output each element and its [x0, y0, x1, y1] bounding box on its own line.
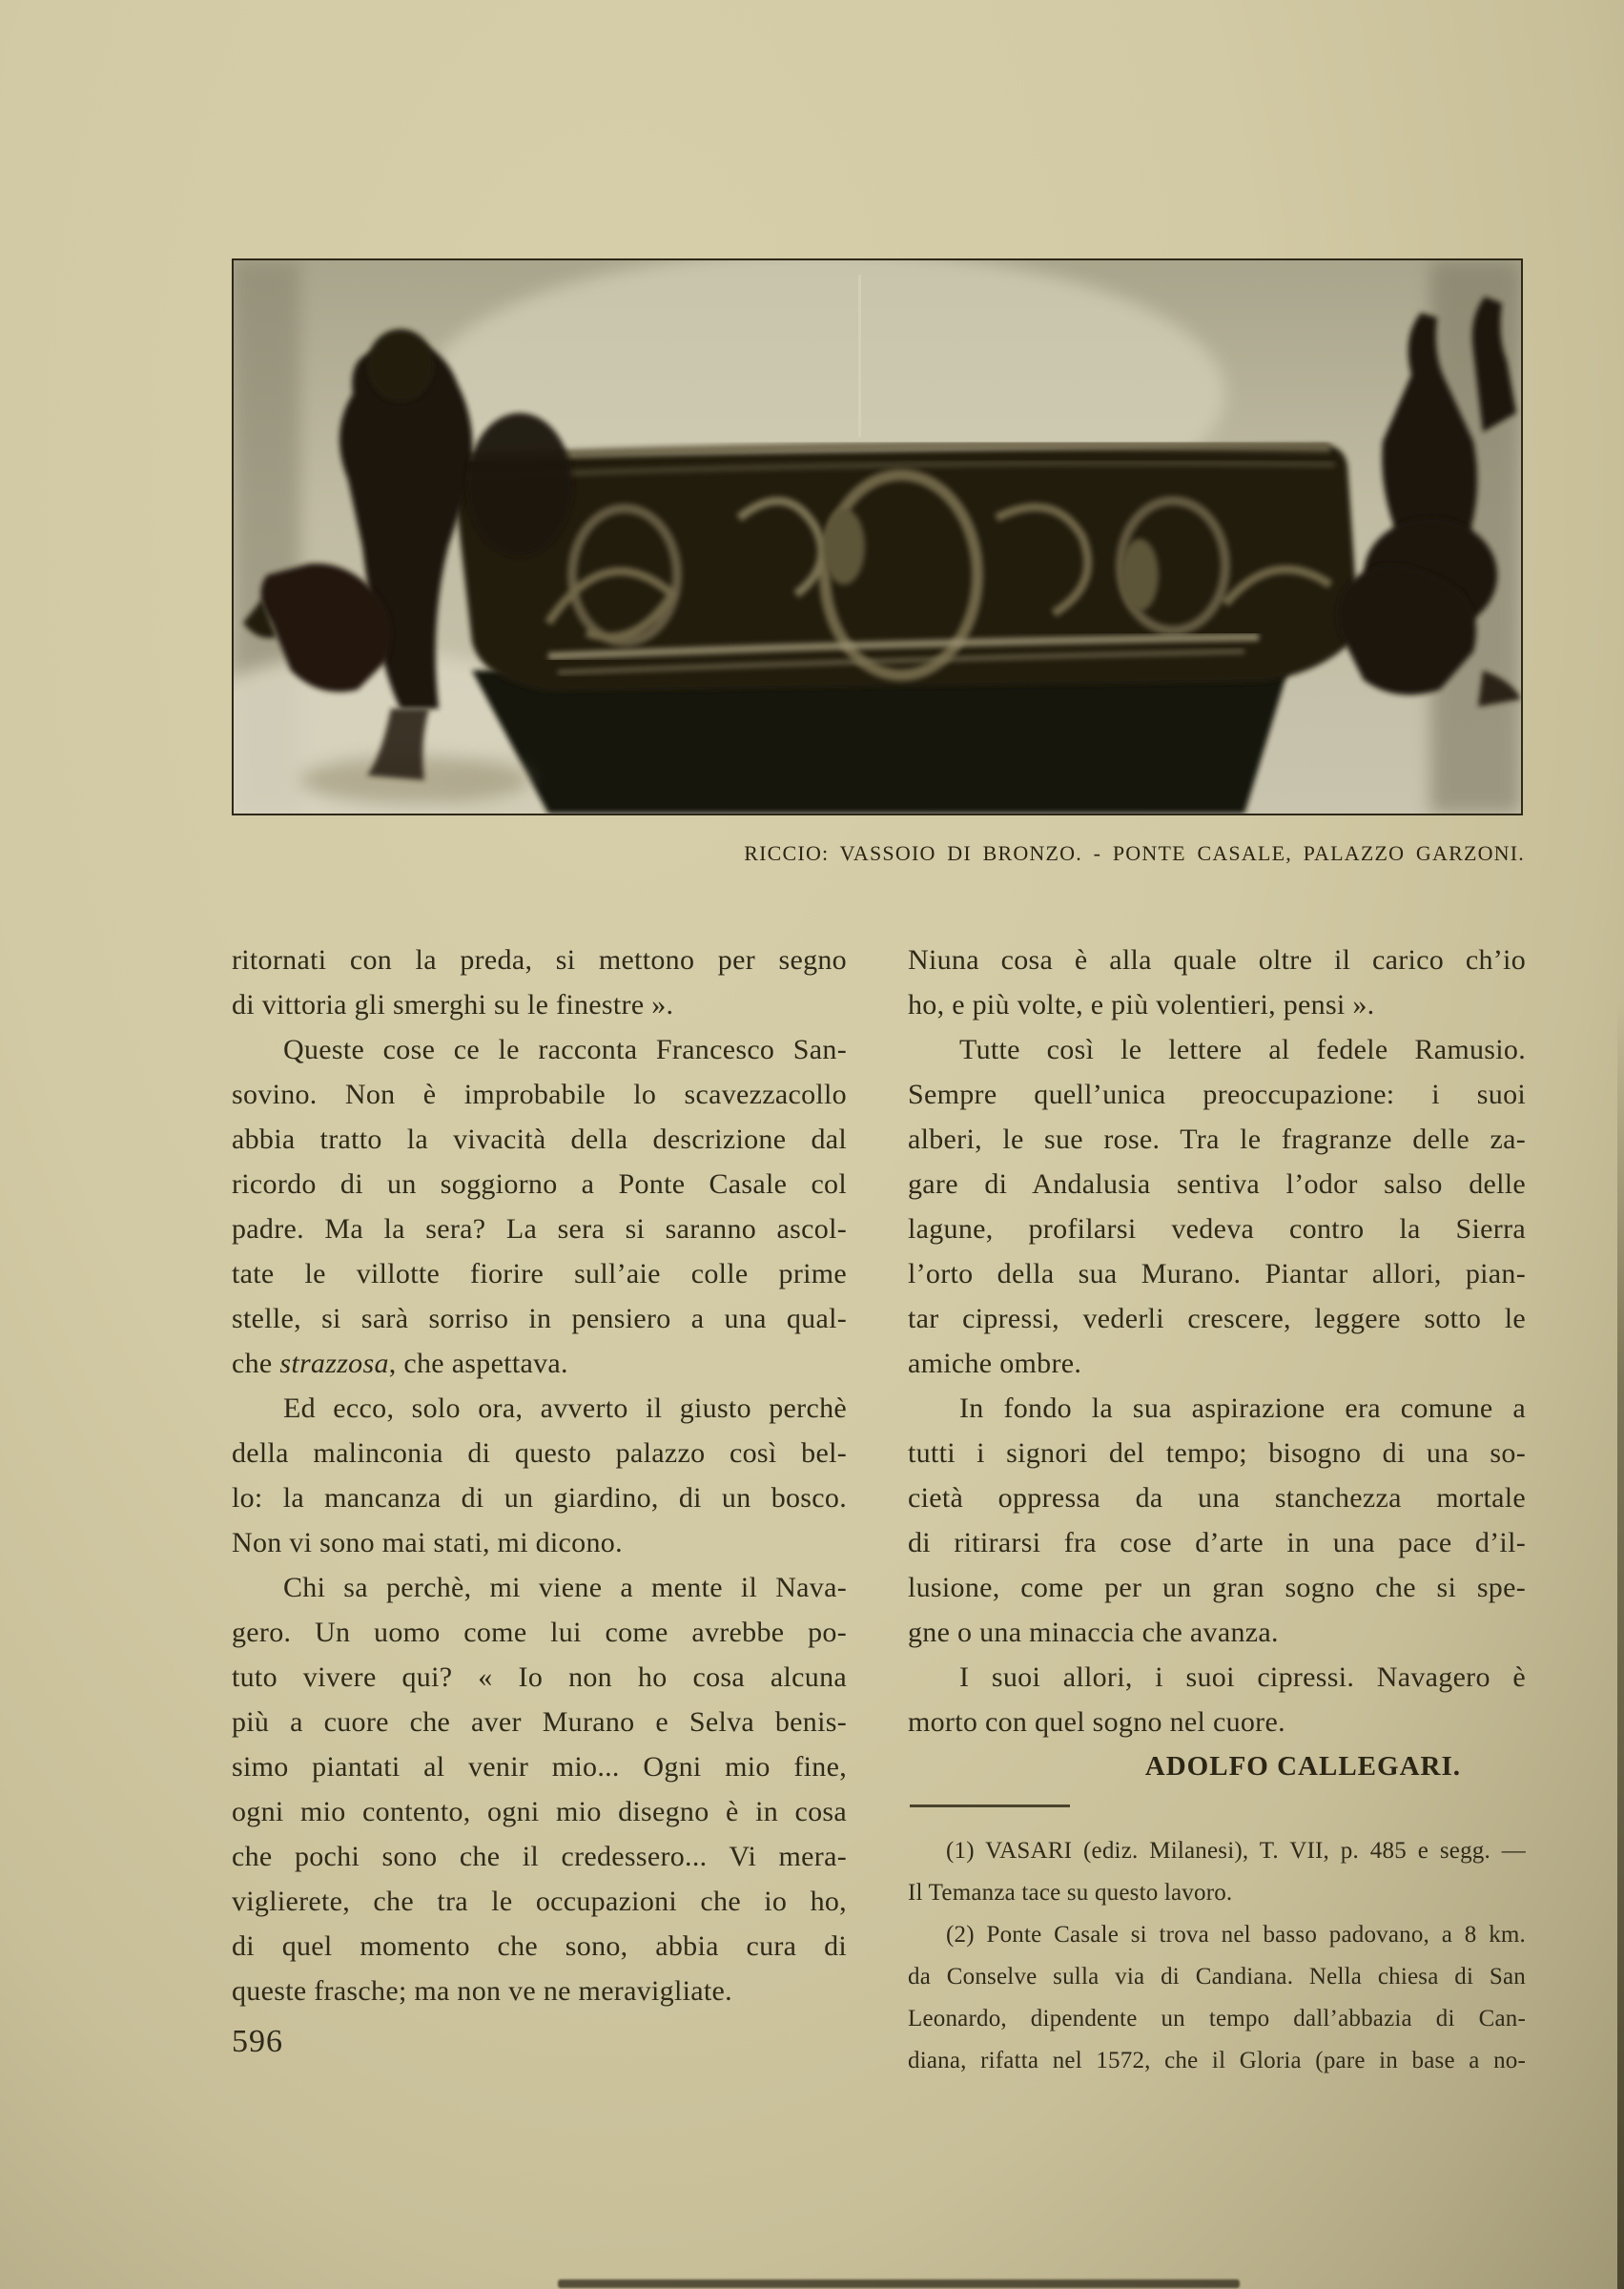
paragraph: Ed ecco, solo ora, avverto il giusto per…	[232, 1386, 847, 1565]
text-line: Leonardo, dipendente un tempo dall’abbaz…	[908, 1998, 1526, 2040]
text-line: Ed ecco, solo ora, avverto il giusto per…	[232, 1386, 847, 1431]
text-line: Chi sa perchè, mi viene a mente il Nava-	[232, 1565, 847, 1610]
footnote-divider	[910, 1804, 1070, 1807]
paragraph: (2) Ponte Casale si trova nel basso pado…	[908, 1914, 1526, 2082]
right-column-text: Niuna cosa è alla quale oltre il carico …	[908, 938, 1526, 1744]
text-line: sovino. Non è improbabile lo scavezzacol…	[232, 1072, 847, 1117]
author-signature: ADOLFO CALLEGARI.	[908, 1744, 1526, 1789]
paragraph: Chi sa perchè, mi viene a mente il Nava-…	[232, 1565, 847, 2013]
right-column: Niuna cosa è alla quale oltre il carico …	[908, 938, 1526, 2082]
photo-figure	[232, 258, 1523, 815]
paragraph: Niuna cosa è alla quale oltre il carico …	[908, 938, 1526, 1027]
text-line: Tutte così le lettere al fedele Ramusio.	[908, 1027, 1526, 1072]
text-line: diana, rifatta nel 1572, che il Gloria (…	[908, 2040, 1526, 2082]
scan-edge-artifact-right	[1617, 1001, 1624, 2289]
text-line: gero. Un uomo come lui come avrebbe po-	[232, 1610, 847, 1655]
text-line: Niuna cosa è alla quale oltre il carico …	[908, 938, 1526, 982]
book-page: RICCIO: VASSOIO DI BRONZO. - PONTE CASAL…	[0, 0, 1624, 2289]
text-line: di vittoria gli smerghi su le finestre »…	[232, 982, 847, 1027]
text-line: amiche ombre.	[908, 1341, 1526, 1386]
text-line: della malinconia di questo palazzo così …	[232, 1431, 847, 1475]
text-line: tutti i signori del tempo; bisogno di un…	[908, 1431, 1526, 1475]
paragraph: ritornati con la preda, si mettono per s…	[232, 938, 847, 1027]
left-column: ritornati con la preda, si mettono per s…	[232, 938, 847, 2013]
text-line: lusione, come per un gran sogno che si s…	[908, 1565, 1526, 1610]
text-line: ricordo di un soggiorno a Ponte Casale c…	[232, 1162, 847, 1206]
text-line: tate le villotte fiorire sull’aie colle …	[232, 1251, 847, 1296]
text-line: (2) Ponte Casale si trova nel basso pado…	[908, 1914, 1526, 1956]
text-line: di quel momento che sono, abbia cura di	[232, 1924, 847, 1969]
text-line: l’orto della sua Murano. Piantar allori,…	[908, 1251, 1526, 1296]
text-line: Non vi sono mai stati, mi dicono.	[232, 1520, 847, 1565]
paragraph: In fondo la sua aspirazione era comune a…	[908, 1386, 1526, 1655]
text-line: cietà oppressa da una stanchezza mortale	[908, 1475, 1526, 1520]
text-line: morto con quel sogno nel cuore.	[908, 1700, 1526, 1744]
text-line: queste frasche; ma non ve ne meravigliat…	[232, 1969, 847, 2013]
text-line: da Conselve sulla via di Candiana. Nella…	[908, 1956, 1526, 1998]
scan-edge-artifact-bottom	[558, 2279, 1240, 2288]
photo-caption: RICCIO: VASSOIO DI BRONZO. - PONTE CASAL…	[232, 841, 1525, 866]
text-line: lagune, profilarsi vedeva contro la Sier…	[908, 1206, 1526, 1251]
text-line: tar cipressi, vederli crescere, leggere …	[908, 1296, 1526, 1341]
text-line: padre. Ma la sera? La sera si saranno as…	[232, 1206, 847, 1251]
paragraph: (1) VASARI (ediz. Milanesi), T. VII, p. …	[908, 1830, 1526, 1914]
text-line: viglierete, che tra le occupazioni che i…	[232, 1879, 847, 1924]
text-line: di ritirarsi fra cose d’arte in una pace…	[908, 1520, 1526, 1565]
text-line: Queste cose ce le racconta Francesco San…	[232, 1027, 847, 1072]
text-line: più a cuore che aver Murano e Selva beni…	[232, 1700, 847, 1744]
text-line: ogni mio contento, ogni mio disegno è in…	[232, 1789, 847, 1834]
paragraph: I suoi allori, i suoi cipressi. Navagero…	[908, 1655, 1526, 1744]
footnotes: (1) VASARI (ediz. Milanesi), T. VII, p. …	[908, 1830, 1526, 2082]
text-line: Sempre quell’unica preoccupazione: i suo…	[908, 1072, 1526, 1117]
text-line: gne o una minaccia che avanza.	[908, 1610, 1526, 1655]
text-line: I suoi allori, i suoi cipressi. Navagero…	[908, 1655, 1526, 1700]
text-line: ho, e più volte, e più volentieri, pensi…	[908, 982, 1526, 1027]
text-line: stelle, si sarà sorriso in pensiero a un…	[232, 1296, 847, 1341]
text-line: Il Temanza tace su questo lavoro.	[908, 1872, 1526, 1914]
bronze-tray-photo	[234, 260, 1521, 814]
text-line: lo: la mancanza di un giardino, di un bo…	[232, 1475, 847, 1520]
text-line: (1) VASARI (ediz. Milanesi), T. VII, p. …	[908, 1830, 1526, 1872]
text-line: che strazzosa, che aspettava.	[232, 1341, 847, 1386]
text-line: simo piantati al venir mio... Ogni mio f…	[232, 1744, 847, 1789]
page-number: 596	[232, 2024, 283, 2060]
text-line: che pochi sono che il credessero... Vi m…	[232, 1834, 847, 1879]
text-line: alberi, le sue rose. Tra le fragranze de…	[908, 1117, 1526, 1162]
text-line: abbia tratto la vivacità della descrizio…	[232, 1117, 847, 1162]
text-line: In fondo la sua aspirazione era comune a	[908, 1386, 1526, 1431]
paragraph: Tutte così le lettere al fedele Ramusio.…	[908, 1027, 1526, 1386]
text-line: gare di Andalusia sentiva l’odor salso d…	[908, 1162, 1526, 1206]
paragraph: Queste cose ce le racconta Francesco San…	[232, 1027, 847, 1386]
text-line: tuto vivere qui? « Io non ho cosa alcuna	[232, 1655, 847, 1700]
text-line: ritornati con la preda, si mettono per s…	[232, 938, 847, 982]
